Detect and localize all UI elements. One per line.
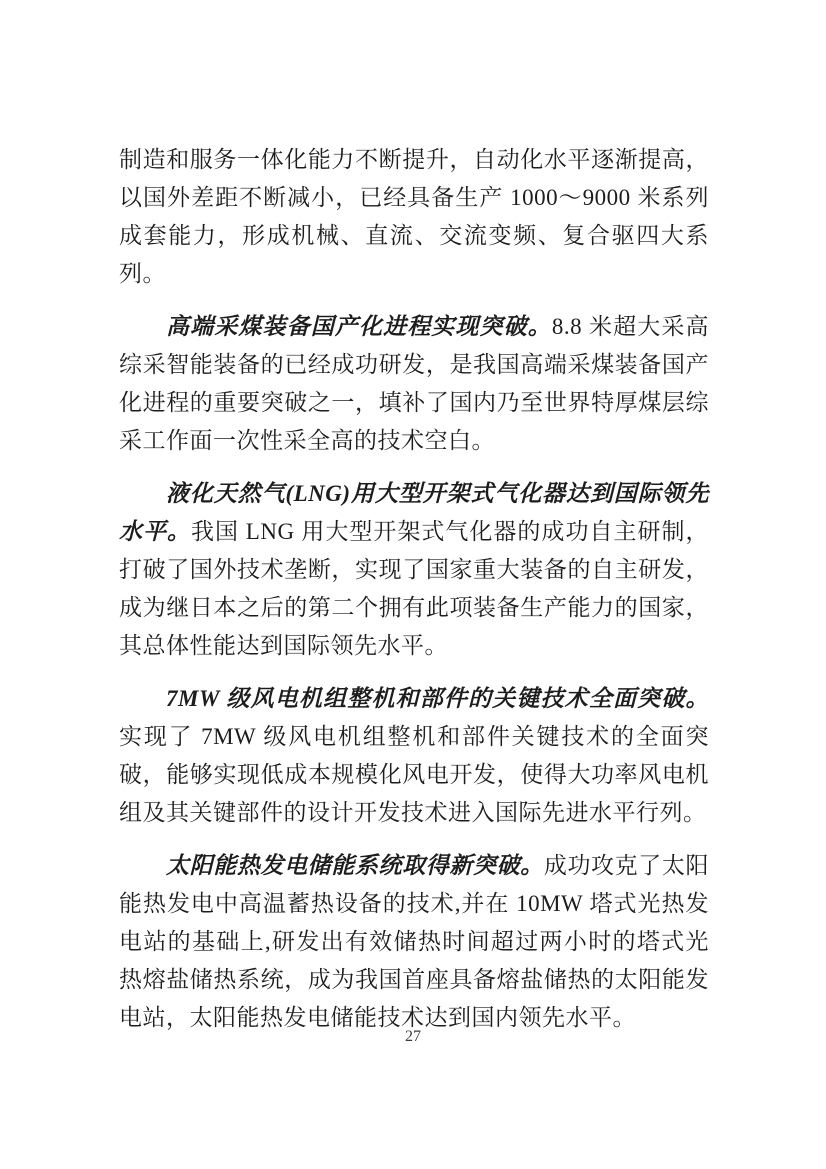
paragraph-body: 我国 LNG 用大型开架式气化器的成功自主研制，打破了国外技术垄断，实现了国家重…: [119, 519, 709, 658]
paragraph-body: 实现了 7MW 级风电机组整机和部件关键技术的全面突破，能够实现低成本规模化风电…: [119, 724, 709, 825]
paragraph: 液化天然气(LNG)用大型开架式气化器达到国际领先水平。我国 LNG 用大型开架…: [119, 475, 709, 665]
page-number: 27: [0, 1026, 826, 1048]
paragraph: 7MW 级风电机组整机和部件的关键技术全面突破。实现了 7MW 级风电机组整机和…: [119, 680, 709, 832]
document-page: 制造和服务一体化能力不断提升，自动化水平逐渐提高，以国外差距不断减小，已经具备生…: [0, 0, 826, 1169]
paragraph-lead: 高端采煤装备国产化进程实现突破。: [166, 314, 552, 339]
paragraph-lead: 太阳能热发电储能系统取得新突破。: [166, 853, 544, 878]
paragraph: 制造和服务一体化能力不断提升，自动化水平逐渐提高，以国外差距不断减小，已经具备生…: [119, 141, 709, 293]
paragraph: 高端采煤装备国产化进程实现突破。8.8 米超大采高综采智能装备的已经成功研发，是…: [119, 308, 709, 460]
paragraph: 太阳能热发电储能系统取得新突破。成功攻克了太阳能热发电中高温蓄热设备的技术,并在…: [119, 847, 709, 1037]
paragraph-lead: 7MW 级风电机组整机和部件的关键技术全面突破。: [166, 686, 709, 711]
paragraph-body: 制造和服务一体化能力不断提升，自动化水平逐渐提高，以国外差距不断减小，已经具备生…: [119, 147, 709, 286]
document-body: 制造和服务一体化能力不断提升，自动化水平逐渐提高，以国外差距不断减小，已经具备生…: [119, 141, 709, 1052]
paragraph-body: 成功攻克了太阳能热发电中高温蓄热设备的技术,并在 10MW 塔式光热发电站的基础…: [119, 853, 709, 1030]
